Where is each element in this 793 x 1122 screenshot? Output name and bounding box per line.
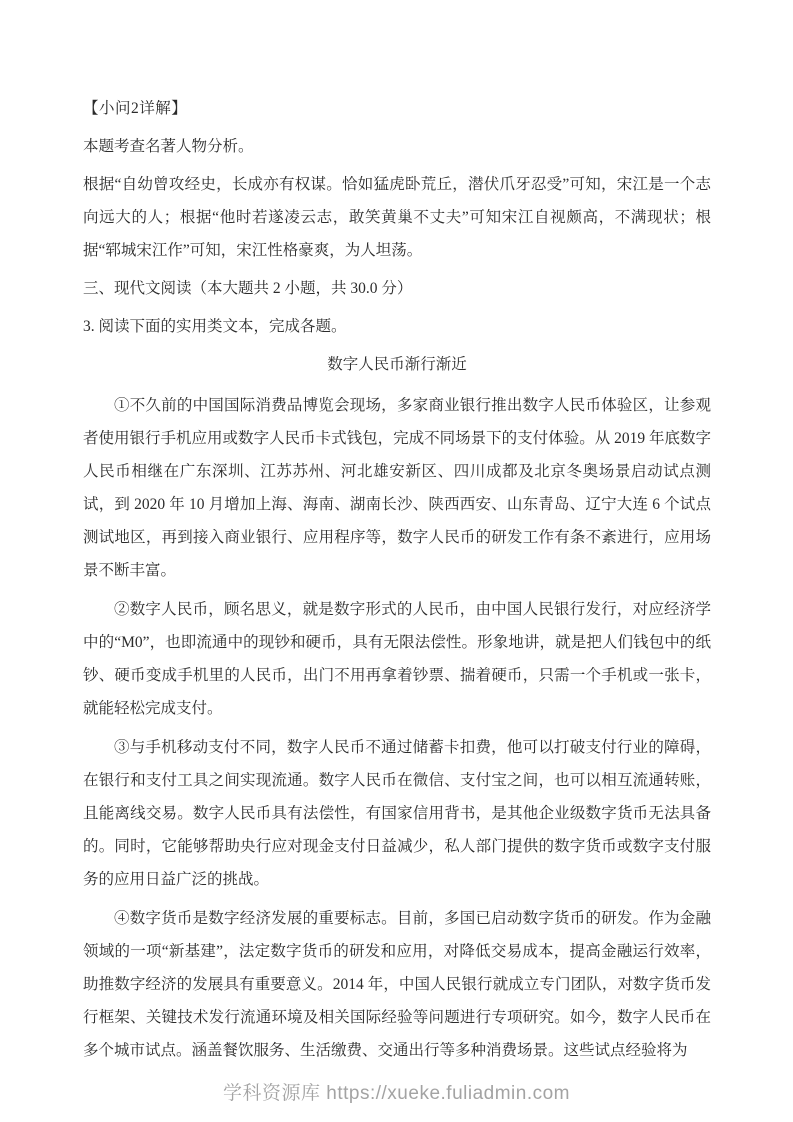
question-3-stem: 3. 阅读下面的实用类文本，完成各题。 xyxy=(83,310,711,343)
essay-paragraph-4: ④数字货币是数字经济发展的重要标志。目前，多国已启动数字货币的研发。作为金融领域… xyxy=(83,902,711,1067)
essay-paragraph-2: ②数字人民币，顾名思义，就是数字形式的人民币，由中国人民银行发行，对应经济学中的… xyxy=(83,593,711,725)
answer-subquestion-heading: 【小问2详解】 xyxy=(83,92,711,125)
essay-title: 数字人民币渐行渐近 xyxy=(83,348,711,381)
answer-intro-line: 本题考查名著人物分析。 xyxy=(83,130,711,163)
document-content: 【小问2详解】 本题考查名著人物分析。 根据“自幼曾攻经史，长成亦有权谋。恰如猛… xyxy=(83,92,711,1073)
answer-analysis-paragraph: 根据“自幼曾攻经史，长成亦有权谋。恰如猛虎卧荒丘，潜伏爪牙忍受”可知，宋江是一个… xyxy=(83,168,711,267)
essay-paragraph-1: ①不久前的中国国际消费品博览会现场，多家商业银行推出数字人民币体验区，让参观者使… xyxy=(83,389,711,587)
section-three-header: 三、现代文阅读（本大题共 2 小题，共 30.0 分） xyxy=(83,272,711,305)
watermark-footer: 学科资源库 https://xueke.fuliadmin.com xyxy=(0,1078,793,1105)
document-page: 【小问2详解】 本题考查名著人物分析。 根据“自幼曾攻经史，长成亦有权谋。恰如猛… xyxy=(0,0,793,1122)
essay-paragraph-3: ③与手机移动支付不同，数字人民币不通过储蓄卡扣费，他可以打破支付行业的障碍，在银… xyxy=(83,731,711,896)
